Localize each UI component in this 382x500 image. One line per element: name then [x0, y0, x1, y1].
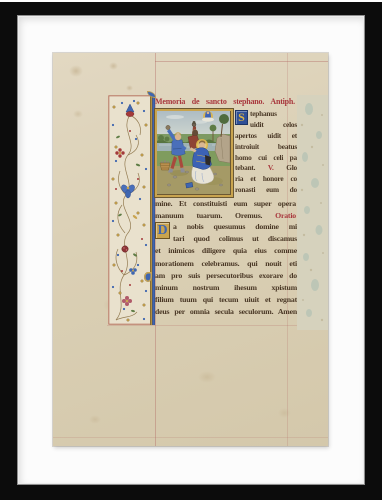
antiphon-line: ronasti eum do	[235, 185, 297, 196]
product-photo: Memoria de sancto stephano. Antiph.	[0, 0, 382, 500]
ruling-line-horizontal-mid	[107, 325, 328, 326]
antiphon-line: mine. Et constituisti eum super opera	[155, 198, 296, 210]
miniature-scene	[157, 111, 230, 194]
prayer-line: tari quod colimus ut discamus	[155, 233, 297, 245]
facing-page-edge	[297, 95, 328, 330]
stone-basket	[160, 160, 170, 170]
antiphon-line-oremus: manuum tuarum. Oremus. Oratio	[155, 210, 296, 222]
antiphon-line-versicle: tebant. V. Glo	[235, 163, 297, 174]
prayer-line: minum nostrum ihesum xpistum	[155, 282, 297, 294]
prayer-line: deus per omnia secula seculorum. Amen	[155, 306, 297, 318]
rubric-heading: Memoria de sancto stephano. Antiph.	[155, 97, 295, 109]
page-edge-texture	[297, 95, 328, 330]
red-pom-flower	[122, 246, 128, 252]
picture-frame: Memoria de sancto stephano. Antiph.	[0, 2, 382, 500]
illuminated-initial-s: S	[235, 110, 248, 125]
antiphon-line: homo cui celi pa	[235, 153, 297, 164]
antiphon-line: apertos uidit et	[235, 131, 297, 142]
prayer-line: et inimicos diligere quia eius comme	[155, 245, 297, 257]
oratio-rubric: Oratio	[275, 211, 296, 220]
antiphon-line: introiuit beatus	[235, 142, 297, 153]
bar-leaf-ornament	[144, 272, 152, 282]
parchment-stain	[69, 65, 83, 77]
parchment-stain	[126, 85, 133, 91]
ruling-line-horizontal-bottom	[53, 437, 328, 438]
versicle-mark: V.	[268, 163, 274, 172]
prayer-text-block: D a nobis quesumus domine mi tari quod c…	[155, 221, 297, 319]
mat-board: Memoria de sancto stephano. Antiph.	[18, 16, 364, 484]
floral-border-art	[108, 95, 152, 325]
versicle-pre: tebant.	[235, 163, 255, 172]
illuminated-floral-border	[108, 95, 152, 325]
ruling-line-horizontal-top	[155, 61, 328, 62]
parchment-stain	[198, 371, 216, 383]
miniature-stoning-of-saint-stephen	[155, 109, 233, 197]
antiphon-text-column: S tephanus uidit celos apertos uidit et …	[235, 109, 297, 198]
parchment-stain	[73, 110, 83, 118]
prayer-line: morationem celebramus. qui nouit eti	[155, 258, 297, 270]
parchment-stain	[89, 415, 101, 424]
antiphon-full-lines: mine. Et constituisti eum super opera ma…	[155, 198, 296, 221]
prayer-line: am pro suis persecutoribus exorare do	[155, 270, 297, 282]
prayer-line: a nobis quesumus domine mi	[155, 221, 297, 233]
antiphon-line: ria et honore co	[235, 174, 297, 185]
parchment-stain	[109, 62, 118, 70]
oremus-text: manuum tuarum. Oremus.	[155, 211, 262, 220]
prayer-line: filium tuum qui tecum uiuit et regnat	[155, 294, 297, 306]
manuscript-page: Memoria de sancto stephano. Antiph.	[53, 53, 328, 446]
parchment-stain	[278, 408, 291, 418]
illuminated-initial-d: D	[155, 222, 170, 239]
versicle-post: Glo	[286, 163, 297, 172]
